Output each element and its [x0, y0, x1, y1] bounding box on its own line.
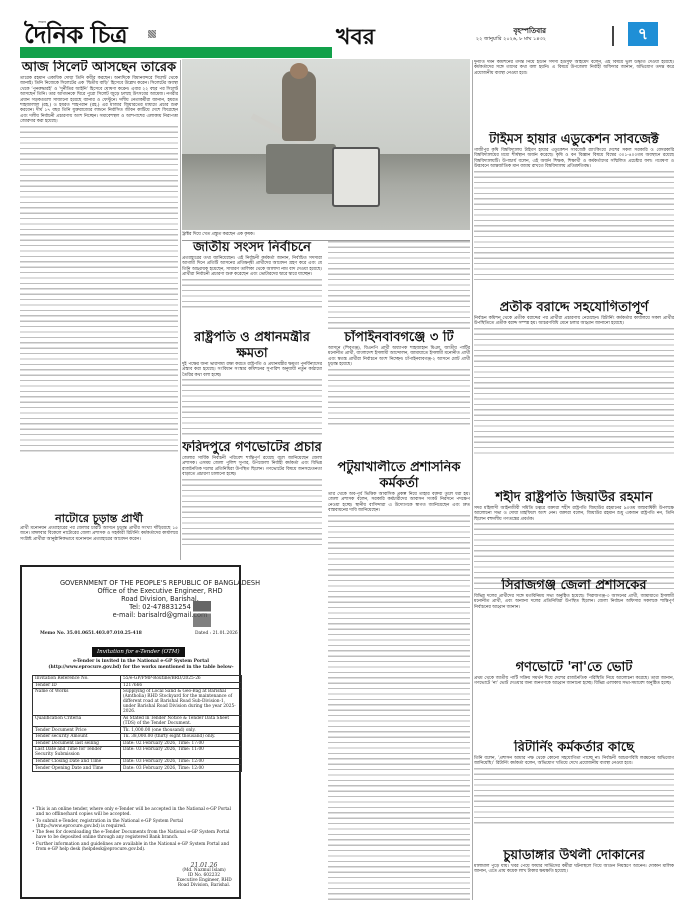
header-divider — [612, 26, 614, 46]
headline[interactable]: শহীদ রাষ্ট্রপতি জিয়াউর রহমান — [474, 490, 674, 506]
article-sylhet-continued: দুনীতি দমন কমিশনের তদন্ত নিয়ে ইউনি সদস্… — [474, 60, 674, 88]
article-parliament: জাতীয় সংসদ নির্বাচনে প্রত্যাহারের তথ্য … — [182, 240, 322, 330]
text-lines — [474, 170, 674, 280]
article-body: মালামাল পুড়ে যায়। খবর পেয়ে ফায়ার সার… — [474, 864, 674, 875]
article-natore: নাটোরে চূড়ান্ত প্রার্থী প্রার্থী মনোনয়… — [20, 512, 178, 557]
page-number-badge: ৭ — [628, 22, 658, 46]
signature-block: 21.01.26 (Md. Nazmul Islam) ID No. 60223… — [172, 863, 236, 888]
article-body: তারেক রহমান একাধিক দোয়া তিনি কবীর করছেন… — [20, 76, 178, 125]
text-lines — [474, 767, 674, 827]
memo-number: Memo No. 35.01.0651.403.07.010.25-418 — [40, 631, 142, 636]
office-line: Office of the Executive Engineer, RHD — [30, 587, 290, 595]
text-lines — [182, 278, 322, 308]
section-title: খবর — [336, 20, 375, 57]
article-faridpur: ফরিদপুরে গণভোটের প্রচার জেলার সার্বিক নি… — [182, 440, 322, 560]
note-item: • Further information and guidelines are… — [32, 842, 238, 853]
article-body: সদর মহিলাদী আইনজীবী সমিতি চত্বরে বক্তারা… — [474, 506, 674, 522]
article-body: দুনীতি দমন কমিশনের তদন্ত নিয়ে ইউনি সদস্… — [474, 60, 674, 76]
row-value: Date: 03 February 2026, Time: 11:00 — [121, 747, 242, 759]
article-ziaur: শহীদ রাষ্ট্রপতি জিয়াউর রহমান সদর মহিলাদ… — [474, 490, 674, 590]
dated: Dated : 21.01.2026 — [195, 631, 238, 636]
table-row: Tender Document PriceTk. 1,000.00 (one t… — [33, 727, 242, 734]
ad-intro: e-Tender is invited in the National e-GP… — [36, 659, 246, 670]
article-body: নির্বাচন কমিশন থেকে প্রতীক বরাদ্দের পর প… — [474, 316, 674, 327]
table-row: Tender security AmountTk. 38,000.00 (thi… — [33, 733, 242, 740]
headline[interactable]: গণভোটে 'না'তে ভোট — [474, 660, 674, 676]
column-rule — [180, 60, 181, 560]
note-text: To submit e-Tender, registration in the … — [36, 819, 183, 829]
row-value: Tk. 1,000.00 (one thousand) only. — [121, 727, 242, 734]
note-text: This is an online tender, where only e-T… — [36, 807, 231, 817]
article-body: তার থেকে অব-পূর্ব ভিত্তিক আবাসিক প্রকল্প… — [328, 492, 470, 514]
article-chapai: চাঁপাইনবাবগঞ্জে ৩ টি আসনে (শিবগঞ্জ), বিএ… — [328, 330, 470, 435]
headline[interactable]: প্রতীক বরাদ্দে সহযোগিতাপূর্ণ — [474, 300, 674, 316]
tender-table: Invitation Reference No.55/e-GP/PMP-Rout… — [32, 675, 242, 772]
article-sylhet: আজ সিলেট আসছেন তারেক তারেক রহমান একাধিক … — [20, 60, 178, 510]
article-symbol: প্রতীক বরাদ্দে সহযোগিতাপূর্ণ নির্বাচন কম… — [474, 300, 674, 460]
headline[interactable]: আজ সিলেট আসছেন তারেক — [20, 60, 178, 76]
text-lines — [328, 368, 470, 428]
text-lines — [328, 240, 470, 330]
qr-code-icon — [148, 30, 156, 38]
row-value: Date: 03 February 2026, Time: 12:00 — [121, 758, 242, 765]
article-body: বিভিন্ন দলের প্রার্থীদের সঙ্গে মতবিনিময়… — [474, 594, 674, 610]
row-label: Tender ID — [33, 682, 121, 689]
article-body: প্রার্থী মনোনয়ন প্রত্যাহারের পর জেলার চ… — [20, 526, 178, 542]
article-returning: রিটার্নিং কর্মকর্তার কাছে তিনি বলেন, ‘প্… — [474, 740, 674, 840]
division-line: Road Division, Barishal. — [30, 595, 290, 603]
article-body: জেলার সার্বিক নির্বাচনী পরিবেশ শান্তিপূর… — [182, 456, 322, 478]
ad-title: Invitation for e-Tender (OTM) — [92, 647, 185, 657]
article-president: রাষ্ট্রপতি ও প্রধানমন্ত্রীর ক্ষমতা দুই প… — [182, 330, 322, 440]
headline[interactable]: ফরিদপুরে গণভোটের প্রচার — [182, 440, 322, 456]
article-patuakhali: পটুয়াখালীতে প্রশাসনিক কর্মকর্তা তার থেক… — [328, 460, 470, 900]
table-row: Last Date and Time for Tender Security S… — [33, 747, 242, 759]
tender-advertisement: GOVERNMENT OF THE PEOPLE'S REPUBLIC OF B… — [20, 565, 241, 899]
headline[interactable]: জাতীয় সংসদ নির্বাচনে — [182, 240, 322, 256]
article-sirajganj: সিরাজগঞ্জ জেলা প্রশাসকের বিভিন্ন দলের প্… — [474, 578, 674, 648]
headline[interactable]: সিরাজগঞ্জ জেলা প্রশাসকের — [474, 578, 674, 594]
headline[interactable]: রাষ্ট্রপতি ও প্রধানমন্ত্রীর ক্ষমতা — [182, 330, 322, 362]
row-label: Tender Document Price — [33, 727, 121, 734]
headline[interactable]: পটুয়াখালীতে প্রশাসনিক কর্মকর্তা — [328, 460, 470, 492]
masthead: আল্লাহ দৈনিক চিত্র A Bengali National Da… — [20, 18, 680, 50]
tel-line: Tel: 02-478831254 — [30, 603, 290, 611]
row-value: Tk. 38,000.00 (thirty eight thousand) on… — [121, 733, 242, 740]
row-label: Last Date and Time for Tender Security S… — [33, 747, 121, 759]
article-gonovote: গণভোটে 'না'তে ভোট প্রথম থেকে জাতীয় পার্… — [474, 660, 674, 725]
note-text: Further information and guidelines are a… — [36, 842, 229, 852]
text-lines — [182, 478, 322, 548]
table-row: Tender ID1217666 — [33, 682, 242, 689]
table-row: Invitation Reference No.55/e-GP/PMP-Rout… — [33, 676, 242, 683]
row-label: Tender Document last selling — [33, 740, 121, 747]
row-label: Tender Closing Date and Time — [33, 758, 121, 765]
headline[interactable]: রিটার্নিং কর্মকর্তার কাছে — [474, 740, 674, 756]
note-item: • This is an online tender, where only e… — [32, 807, 238, 818]
table-row: Tender Document last sellingDate: 02 Feb… — [33, 740, 242, 747]
note-item: • The fees for downloading the e-Tender … — [32, 830, 238, 841]
row-value: 1217666 — [121, 682, 242, 689]
green-rule-full — [20, 47, 332, 58]
row-value: Supplying of Local Sand & Geo-Bag at Bar… — [121, 689, 242, 716]
text-lines — [20, 125, 178, 455]
article-times: টাইমস হায়ার এডুকেশন সাবজেক্ট গাজীপুর কৃ… — [474, 132, 674, 282]
tender-notes: • This is an online tender, where only e… — [32, 807, 238, 853]
row-label: Name of Works — [33, 689, 121, 716]
table-row: Name of WorksSupplying of Local Sand & G… — [33, 689, 242, 716]
article-chuadanga: চুয়াডাঙ্গার উথলী দোকানের মালামাল পুড়ে … — [474, 848, 674, 888]
headline[interactable]: চুয়াডাঙ্গার উথলী দোকানের — [474, 848, 674, 864]
column-rule — [472, 60, 473, 900]
row-label: Qualification Criteria — [33, 715, 121, 727]
article-parliament-cont — [328, 240, 470, 330]
row-value: 55/e-GP/PMP-Routine/BRD/2025-26 — [121, 676, 242, 683]
issue-date: ২২ জানুয়ারি ২০২৬, ৮ মাঘ ১৪৩২ — [476, 36, 546, 44]
row-label: Invitation Reference No. — [33, 676, 121, 683]
headline[interactable]: টাইমস হায়ার এডুকেশন সাবজেক্ট — [474, 132, 674, 148]
row-label: Tender Opening Date and Time — [33, 765, 121, 772]
article-body: গাজীপুর কৃষি বিশ্ববিদ্যালয় টাইমস হায়ার… — [474, 148, 674, 170]
gov-line: GOVERNMENT OF THE PEOPLE'S REPUBLIC OF B… — [30, 579, 290, 587]
article-body: প্রত্যাহারের তথ্য জানিয়েছেন। এই নির্বাচ… — [182, 256, 322, 278]
signer-office: Road Division, Barishal. — [172, 883, 236, 888]
rhd-logo-icon — [193, 601, 211, 627]
row-value: As Stated in Tender Notice & Tender Data… — [121, 715, 242, 727]
text-lines — [182, 378, 322, 438]
headline[interactable]: নাটোরে চূড়ান্ত প্রার্থী — [20, 512, 178, 526]
ad-header: GOVERNMENT OF THE PEOPLE'S REPUBLIC OF B… — [30, 579, 290, 619]
email-line[interactable]: e-mail: barisalrd@gmail.com — [30, 611, 290, 619]
article-body: তিনি বলেন, ‘প্রশাসন আমার পক্ষ থেকে কোনো … — [474, 756, 674, 767]
note-text: The fees for downloading the e-Tender Do… — [36, 830, 230, 840]
tiller-engine — [332, 147, 380, 207]
text-lines — [474, 327, 674, 457]
farmer-figure — [282, 71, 316, 141]
news-photo-farmer-tiller[interactable] — [182, 59, 470, 230]
newspaper-logo[interactable]: দৈনিক চিত্র — [24, 22, 127, 48]
text-lines — [328, 514, 470, 900]
farmer-head — [290, 63, 308, 79]
table-row: Qualification CriteriaAs Stated in Tende… — [33, 715, 242, 727]
table-row: Tender Closing Date and TimeDate: 03 Feb… — [33, 758, 242, 765]
row-value: Date: 02 February 2026, Time: 17:00 — [121, 740, 242, 747]
article-body: দুই পক্ষের জন্য ভারসাম্য রক্ষা করতে রাষ্… — [182, 362, 322, 378]
headline[interactable]: চাঁপাইনবাবগঞ্জে ৩ টি — [328, 330, 470, 346]
article-body: প্রথম থেকে জাতীয় পার্টি সক্রিয় সমর্থন … — [474, 676, 674, 687]
row-value: Date: 03 February 2026, Time: 12:00 — [121, 765, 242, 772]
table-row: Tender Opening Date and TimeDate: 03 Feb… — [33, 765, 242, 772]
row-label: Tender security Amount — [33, 733, 121, 740]
article-body: আসনে (শিবগঞ্জ), বিএনপি প্রার্থী অধ্যাপক … — [328, 346, 470, 368]
note-item: • To submit e-Tender, registration in th… — [32, 819, 238, 830]
tiller-body — [266, 144, 336, 194]
